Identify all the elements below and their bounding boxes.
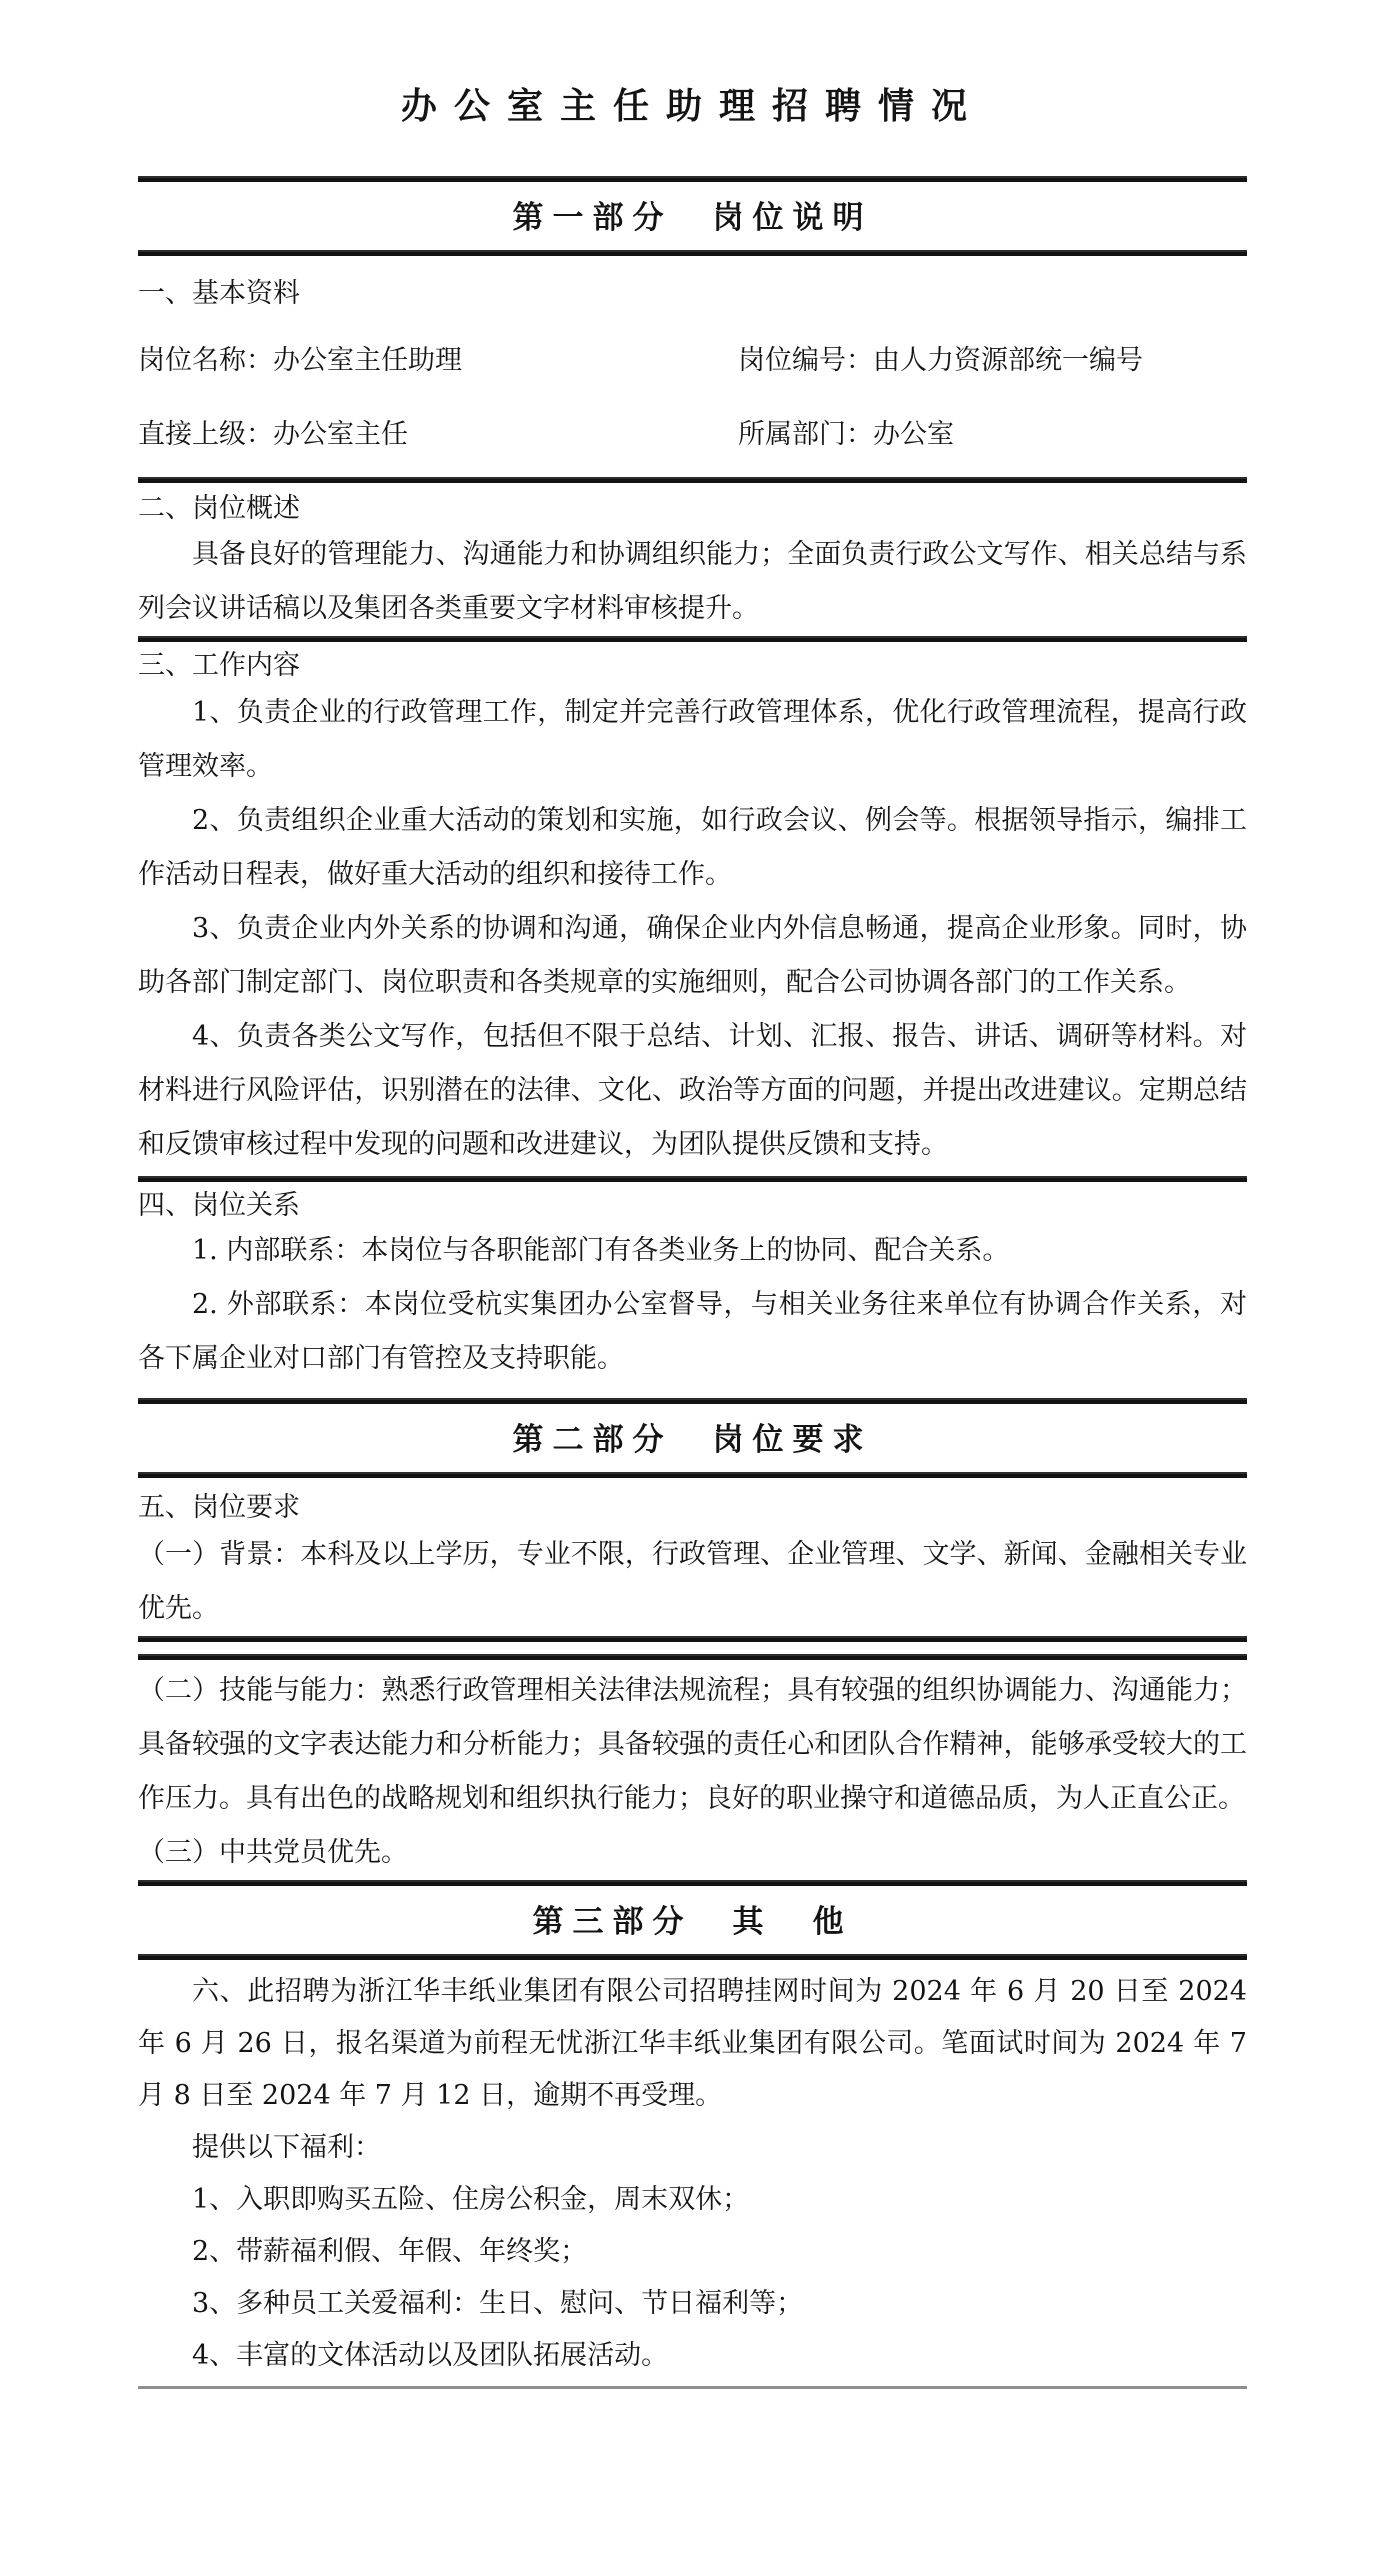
blank-spacer xyxy=(138,1642,1247,1654)
basic-info-label: 一、基本资料 xyxy=(138,278,1247,310)
benefits-intro: 提供以下福利： xyxy=(138,2122,1247,2174)
relation-item: 1. 内部联系：本岗位与各职能部门有各类业务上的协同、配合关系。 xyxy=(138,1224,1247,1278)
requirement-background: （一）背景：本科及以上学历，专业不限，行政管理、企业管理、文学、新闻、金融相关专… xyxy=(138,1528,1247,1636)
section-divider xyxy=(138,1176,1247,1182)
overview-paragraph: 具备良好的管理能力、沟通能力和协调组织能力；全面负责行政公文写作、相关总结与系列… xyxy=(138,528,1247,636)
basic-info-row: 岗位名称：办公室主任助理 岗位编号：由人力资源部统一编号 xyxy=(138,344,1247,378)
duty-item: 4、负责各类公文写作，包括但不限于总结、计划、汇报、报告、讲话、调研等材料。对材… xyxy=(138,1010,1247,1172)
requirement-skills: （二）技能与能力：熟悉行政管理相关法律法规流程；具有较强的组织协调能力、沟通能力… xyxy=(138,1664,1247,1826)
relation-item: 2. 外部联系：本岗位受杭实集团办公室督导，与相关业务往来单位有协调合作关系，对… xyxy=(138,1278,1247,1386)
recruitment-paragraph: 六、此招聘为浙江华丰纸业集团有限公司招聘挂网时间为 2024 年 6 月 20 … xyxy=(138,1966,1247,2122)
job-code-field: 岗位编号：由人力资源部统一编号 xyxy=(738,344,1247,378)
section-divider xyxy=(138,1654,1247,1660)
requirements-label: 五、岗位要求 xyxy=(138,1492,1247,1524)
department-field: 所属部门：办公室 xyxy=(738,418,1247,452)
direct-superior-field: 直接上级：办公室主任 xyxy=(138,418,738,452)
duty-item: 3、负责企业内外关系的协调和沟通，确保企业内外信息畅通，提高企业形象。同时，协助… xyxy=(138,902,1247,1010)
section-divider xyxy=(138,636,1247,642)
document-title: 办公室主任助理招聘情况 xyxy=(138,0,1247,128)
section-divider xyxy=(138,477,1247,483)
relations-label: 四、岗位关系 xyxy=(138,1190,1247,1222)
job-name-field: 岗位名称：办公室主任助理 xyxy=(138,344,738,378)
duties-list: 1、负责企业的行政管理工作，制定并完善行政管理体系，优化行政管理流程，提高行政管… xyxy=(138,686,1247,1172)
duties-label: 三、工作内容 xyxy=(138,650,1247,682)
document-page: 办公室主任助理招聘情况 第一部分 岗位说明 一、基本资料 岗位名称：办公室主任助… xyxy=(0,0,1383,2560)
benefits-list: 1、入职即购买五险、住房公积金，周末双休； 2、带薪福利假、年假、年终奖； 3、… xyxy=(138,2174,1247,2382)
part2-heading: 第二部分 岗位要求 xyxy=(138,1404,1247,1472)
section-divider xyxy=(138,250,1247,256)
section-divider xyxy=(138,1472,1247,1478)
bottom-divider xyxy=(138,2386,1247,2389)
section-divider xyxy=(138,1954,1247,1960)
relations-list: 1. 内部联系：本岗位与各职能部门有各类业务上的协同、配合关系。 2. 外部联系… xyxy=(138,1224,1247,1386)
benefit-item: 3、多种员工关爱福利：生日、慰问、节日福利等； xyxy=(138,2278,1247,2330)
benefit-item: 1、入职即购买五险、住房公积金，周末双休； xyxy=(138,2174,1247,2226)
benefit-item: 4、丰富的文体活动以及团队拓展活动。 xyxy=(138,2330,1247,2382)
part1-heading: 第一部分 岗位说明 xyxy=(138,182,1247,250)
requirement-party: （三）中共党员优先。 xyxy=(138,1826,1247,1880)
basic-info-row: 直接上级：办公室主任 所属部门：办公室 xyxy=(138,418,1247,452)
duty-item: 1、负责企业的行政管理工作，制定并完善行政管理体系，优化行政管理流程，提高行政管… xyxy=(138,686,1247,794)
benefit-item: 2、带薪福利假、年假、年终奖； xyxy=(138,2226,1247,2278)
part3-heading: 第三部分 其 他 xyxy=(138,1886,1247,1954)
overview-label: 二、岗位概述 xyxy=(138,493,1247,525)
duty-item: 2、负责组织企业重大活动的策划和实施，如行政会议、例会等。根据领导指示，编排工作… xyxy=(138,794,1247,902)
